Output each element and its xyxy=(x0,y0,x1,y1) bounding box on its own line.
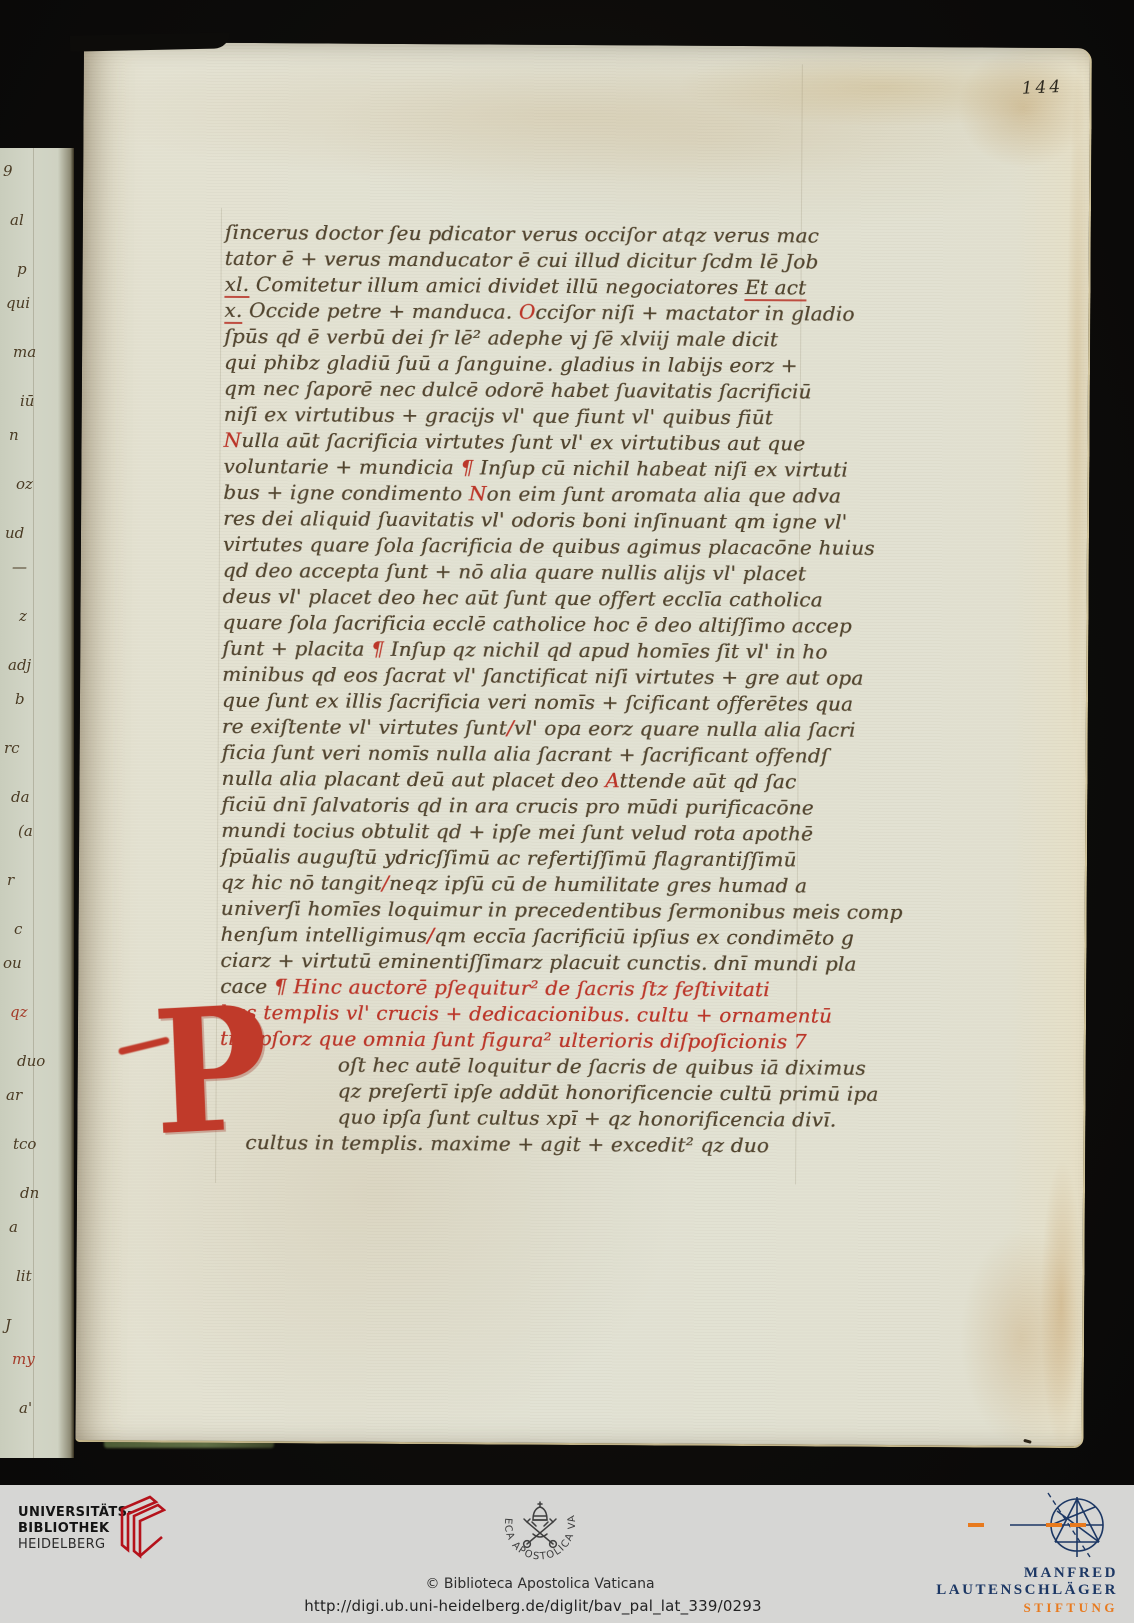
margin-fragment: n xyxy=(9,426,19,444)
mls-line2: LAUTENSCHLÄGER xyxy=(936,1582,1118,1599)
manuscript-line: x. Occide petre + manduca. Occiſor niſi … xyxy=(224,297,834,327)
manuscript-line: xl. Comitetur illum amici dividet illū n… xyxy=(224,271,834,301)
copyright-line: © Biblioteca Apostolica Vaticana xyxy=(340,1576,740,1592)
mls-line3: STIFTUNG xyxy=(936,1599,1118,1616)
margin-fragment: ar xyxy=(6,1086,22,1104)
margin-fragment: oz xyxy=(16,475,33,493)
manuscript-line: cace ¶ Hinc auctorē pſequitur² de ſacris… xyxy=(220,973,830,1003)
manuscript-line: oſt hec autē loquitur de ſacris de quibu… xyxy=(220,1051,830,1081)
manuscript-line: res dei aliquid ſuavitatis vl' odoris bo… xyxy=(223,505,833,535)
folio-number: 144 xyxy=(1021,77,1063,99)
manuscript-line: voluntarie + mundicia ¶ Inſup cū nichil … xyxy=(223,453,833,483)
margin-fragment: r xyxy=(7,871,14,889)
manuscript-line: deus vl' placet deo hec aūt ſunt que off… xyxy=(223,583,833,613)
manuscript-line: bus templis vl' crucis + dedicacionibus.… xyxy=(220,999,830,1029)
manuscript-line: qm nec ſaporē nec dulcē odorē habet ſuav… xyxy=(224,375,834,405)
vatican-seal-icon: BIBLIOTECA APOSTOLICA VATICANA xyxy=(494,1488,586,1580)
margin-fragment: ma xyxy=(13,343,36,361)
margin-fragment: qui xyxy=(6,294,30,312)
manuscript-line: univerſi homīes loquimur in precedentibu… xyxy=(221,895,831,925)
margin-fragment: J xyxy=(5,1316,11,1334)
manuscript-line: minibus qd eos ſacrat vl' ſanctificat ni… xyxy=(222,661,832,691)
margin-fragment: 9 xyxy=(3,162,13,180)
source-url: http://digi.ub.uni-heidelberg.de/diglit/… xyxy=(233,1597,833,1615)
manuscript-line: cultus in templis. maxime + agit + exced… xyxy=(219,1129,829,1159)
margin-fragment: adj xyxy=(8,656,31,674)
margin-fragment: tco xyxy=(13,1135,36,1153)
margin-fragment: c xyxy=(14,920,22,938)
manuscript-line: niſi ex virtutibus + gracijs vl' que fiu… xyxy=(224,401,834,431)
ink-speck xyxy=(1023,1439,1032,1444)
manuscript-line: ſpūalis auguſtū ydricſſimū ac refertiſſi… xyxy=(221,843,831,873)
mls-wordmark: MANFRED LAUTENSCHLÄGER STIFTUNG xyxy=(936,1565,1118,1616)
manuscript-line: mundi tocius obtulit qd + ipſe mei ſunt … xyxy=(221,817,831,847)
manuscript-line: ſpūs qd ē verbū dei ſr lē² adephe vj ſē … xyxy=(224,323,834,353)
vatican-keys-tiara-emblem xyxy=(524,1502,557,1547)
margin-fragment: iū xyxy=(20,392,34,410)
manuscript-line: bus + igne condimento Non eim ſunt aroma… xyxy=(223,479,833,509)
margin-fragment: my xyxy=(12,1350,35,1368)
manuscript-text-block: ſincerus doctor ſeu pdicator verus occiſ… xyxy=(219,219,835,1159)
manuscript-line: qz hic nō tangit/neqz ipſū cū de humilit… xyxy=(221,869,831,899)
facing-page-edge: 9alpquimaiūnozud—zadjbrcda(arcouqzduoart… xyxy=(0,148,74,1458)
manuscript-line: re exiſtente vl' virtutes ſunt/vl' opa e… xyxy=(222,713,832,743)
manuscript-line: quo ipſa ſunt cultus xpī + qz honorifice… xyxy=(219,1103,829,1133)
mls-line1: MANFRED xyxy=(936,1565,1118,1582)
margin-fragment: — xyxy=(12,558,27,576)
manuscript-line: que ſunt ex illis ſacrificia veri nomīs … xyxy=(222,687,832,717)
manuscript-line: quare ſola ſacrificia ecclē catholice ho… xyxy=(222,609,832,639)
margin-fragment: da xyxy=(11,788,30,806)
manuscript-line: nulla alia placant deū aut placet deo At… xyxy=(221,765,831,795)
margin-fragment: dn xyxy=(20,1184,39,1202)
manuscript-line: ſunt + placita ¶ Inſup qz nichil qd apud… xyxy=(222,635,832,665)
manuscript-line: Nulla aūt ſacrificia virtutes ſunt vl' e… xyxy=(223,427,833,457)
margin-fragment: ud xyxy=(5,524,24,542)
margin-fragment: lit xyxy=(16,1267,32,1285)
margin-fragment: (a xyxy=(18,822,33,840)
margin-fragment: p xyxy=(17,260,27,278)
margin-fragment: z xyxy=(19,607,27,625)
photo-stage: 9alpquimaiūnozud—zadjbrcda(arcouqzduoart… xyxy=(0,0,1134,1623)
margin-fragment: ou xyxy=(3,954,22,972)
margin-fragment: rc xyxy=(4,739,20,757)
margin-fragment: duo xyxy=(17,1052,45,1070)
manuscript-line: qz preſertī ipſe addūt honorificencie cu… xyxy=(220,1077,830,1107)
page-corner-shadow xyxy=(70,32,230,51)
margin-fragment: al xyxy=(10,211,24,229)
margin-fragment: a' xyxy=(19,1399,32,1417)
mls-globe-icon xyxy=(950,1487,1120,1565)
manuscript-line: henſum intelligimus/qm eccīa ſacrificiū … xyxy=(220,921,830,951)
manuscript-line: ficia ſunt veri nomīs nulla alia ſacrant… xyxy=(222,739,832,769)
footer-bar: UNIVERSITÄTS- BIBLIOTHEK HEIDELBERG BIBL… xyxy=(0,1485,1134,1623)
margin-fragment: qz xyxy=(10,1003,28,1021)
manuscript-line: virtutes quare ſola ſacrificia de quibus… xyxy=(223,531,833,561)
manuscript-line: qd deo accepta ſunt + nō alia quare null… xyxy=(223,557,833,587)
manuscript-line: tis ipſorz que omnia ſunt figura² ulteri… xyxy=(220,1025,830,1055)
manuscript-line: qui phibz gladiū ſuū a ſanguine. gladius… xyxy=(224,349,834,379)
manuscript-line: ſincerus doctor ſeu pdicator verus occiſ… xyxy=(225,219,835,249)
manuscript-page: 144 ſincerus doctor ſeu pdicator verus o… xyxy=(75,42,1092,1448)
initial-letter: P xyxy=(150,983,271,1159)
manuscript-line: ficiū dnī ſalvatoris qd in ara crucis pr… xyxy=(221,791,831,821)
margin-fragment: a xyxy=(9,1218,18,1236)
margin-fragment: b xyxy=(15,690,25,708)
manuscript-line: ciarz + virtutū eminentiſſimarz placuit … xyxy=(220,947,830,977)
manuscript-line: tator ē + verus manducator ē cui illud d… xyxy=(225,245,835,275)
ub-book-icon xyxy=(110,1493,166,1561)
